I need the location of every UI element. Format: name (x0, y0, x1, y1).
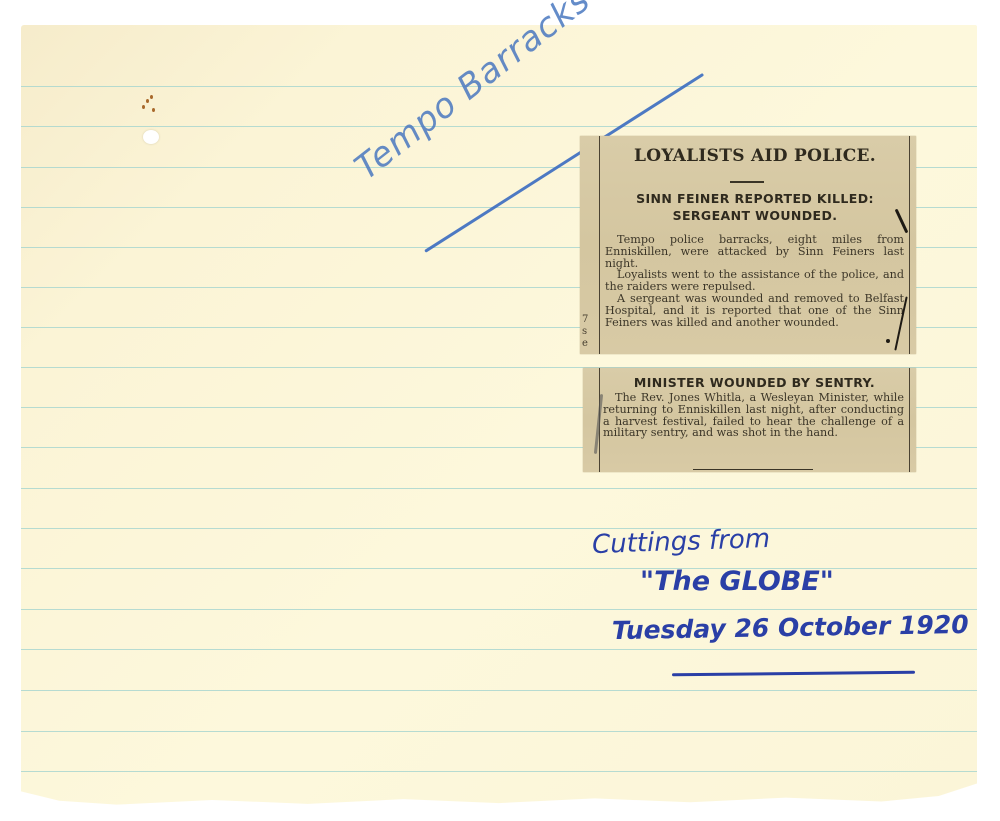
column-rule (599, 136, 600, 354)
headline-divider (730, 181, 764, 183)
clipping-paragraph: Loyalists went to the assistance of the … (605, 269, 904, 293)
margin-fragment: s (582, 326, 587, 337)
ink-dot (886, 339, 890, 343)
clipping-subhead: SINN FEINER REPORTED KILLED: (602, 190, 908, 207)
rust-stain (152, 108, 155, 112)
handwritten-date: Tuesday 26 October 1920 (612, 610, 969, 645)
clipping-subhead: SERGEANT WOUNDED. (602, 207, 908, 224)
clipping-body: The Rev. Jones Whitla, a Wesleyan Minist… (603, 392, 904, 439)
margin-fragment: 7 (582, 314, 588, 325)
punched-hole (143, 130, 159, 144)
rust-stain (146, 99, 149, 103)
ruled-line (21, 771, 977, 772)
clipping-headline: LOYALISTS AID POLICE. (602, 146, 908, 166)
clipping-paragraph: Tempo police barracks, eight miles from … (605, 234, 904, 269)
ruled-line (21, 528, 977, 529)
handwritten-cuttings-from: Cuttings from (592, 524, 771, 560)
newspaper-clipping-loyalists-aid-police: LOYALISTS AID POLICE. SINN FEINER REPORT… (580, 136, 916, 354)
rust-stain (142, 105, 145, 109)
column-rule (909, 136, 910, 354)
ruled-line (21, 690, 977, 691)
closing-rule (693, 469, 813, 470)
margin-fragment: e (582, 338, 588, 349)
ruled-line (21, 649, 977, 650)
handwritten-the-globe: "The GLOBE" (640, 566, 834, 597)
clipping-body: Tempo police barracks, eight miles from … (605, 234, 904, 328)
clipping-paragraph: The Rev. Jones Whitla, a Wesleyan Minist… (603, 392, 904, 439)
column-rule (909, 368, 910, 472)
ruled-line (21, 731, 977, 732)
newspaper-clipping-minister-wounded: MINISTER WOUNDED BY SENTRY. The Rev. Jon… (583, 368, 916, 472)
rust-stain (150, 95, 153, 99)
clipping-paragraph: A sergeant was wounded and removed to Be… (605, 293, 904, 328)
clipping-headline: MINISTER WOUNDED BY SENTRY. (601, 374, 908, 391)
ruled-line (21, 126, 977, 127)
ruled-line (21, 609, 977, 610)
ruled-line (21, 488, 977, 489)
